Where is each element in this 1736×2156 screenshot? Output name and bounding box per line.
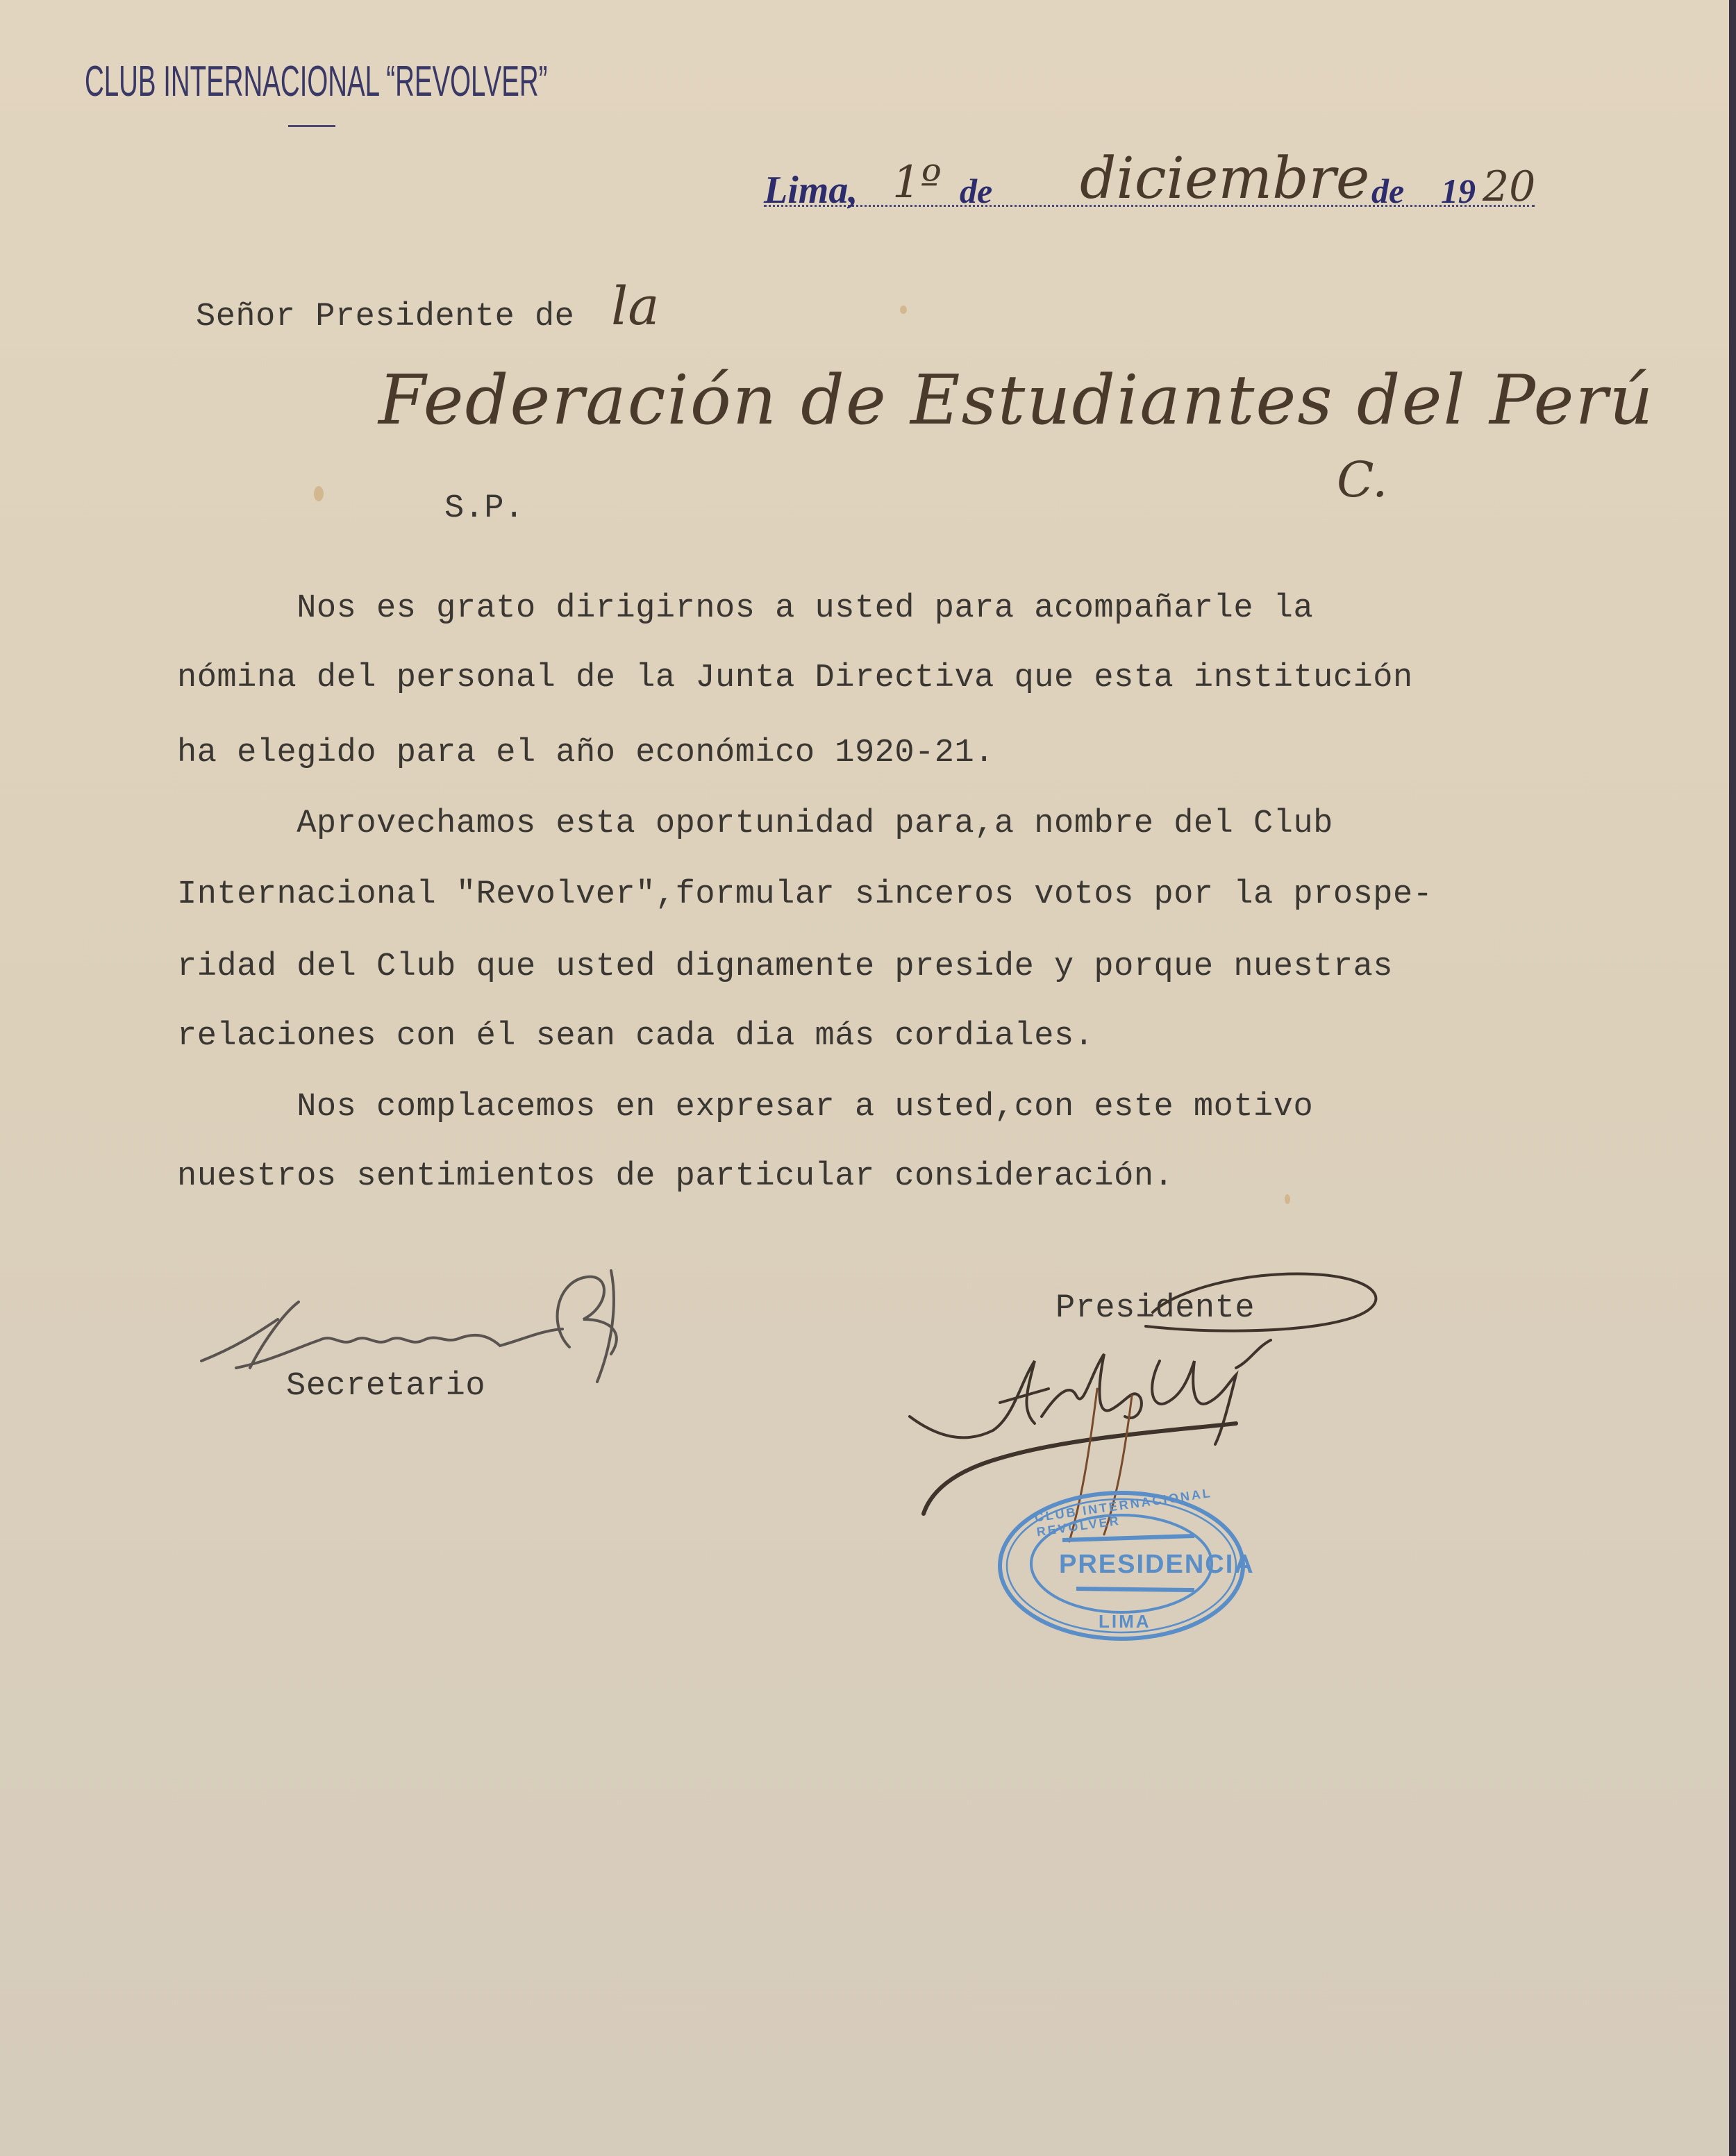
body-line: Aprovechamos esta oportunidad para,a nom… bbox=[177, 805, 1333, 842]
paper-stain bbox=[314, 486, 324, 501]
stamp-bottom-text: LIMA bbox=[1099, 1611, 1151, 1632]
body-line: relaciones con él sean cada dia más cord… bbox=[177, 1018, 1094, 1055]
paper-stain bbox=[900, 306, 907, 314]
dateline-year-suffix: 20 bbox=[1483, 162, 1535, 211]
dateline-de: de bbox=[960, 171, 992, 211]
salutation-handwritten: la bbox=[611, 275, 660, 337]
body-line: nuestros sentimientos de particular cons… bbox=[177, 1158, 1174, 1195]
dateline-day: 1º bbox=[892, 157, 942, 208]
dateline: Lima, 1º de diciembre de 19 20 bbox=[764, 153, 1535, 215]
dateline-city: Lima, bbox=[764, 168, 858, 212]
salutation-typed: Señor Presidente de bbox=[196, 299, 574, 335]
paper-stain bbox=[1285, 1194, 1290, 1204]
body-line: Internacional "Revolver",formular sincer… bbox=[177, 876, 1433, 913]
dateline-de: de bbox=[1371, 171, 1404, 211]
body-line: ha elegido para el año económico 1920-21… bbox=[177, 735, 994, 771]
stamp-center-text: PRESIDENCIA bbox=[1059, 1550, 1255, 1580]
letter-page: CLUB INTERNACIONAL “REVOLVER” Lima, 1º d… bbox=[0, 0, 1729, 2156]
addressee-institution: Federación de Estudiantes del Perú bbox=[378, 361, 1655, 440]
dateline-year-prefix: 19 bbox=[1441, 171, 1476, 211]
page-edge bbox=[1729, 0, 1736, 2156]
secretary-title: Secretario bbox=[286, 1368, 485, 1405]
body-line: ridad del Club que usted dignamente pres… bbox=[177, 949, 1393, 985]
body-line: Nos complacemos en expresar a usted,con … bbox=[177, 1089, 1313, 1126]
letterhead-title: CLUB INTERNACIONAL “REVOLVER” bbox=[85, 57, 547, 106]
letterhead-rule bbox=[288, 125, 335, 127]
dateline-month: diciembre bbox=[1080, 146, 1369, 212]
body-line: nómina del personal de la Junta Directiv… bbox=[177, 660, 1413, 696]
presidencia-stamp: PRESIDENCIA LIMA CLUB INTERNACIONAL REVO… bbox=[993, 1486, 1250, 1646]
body-line: Nos es grato dirigirnos a usted para aco… bbox=[177, 590, 1313, 627]
margin-mark: C. bbox=[1337, 451, 1387, 508]
addressee-sp: S.P. bbox=[444, 490, 524, 527]
